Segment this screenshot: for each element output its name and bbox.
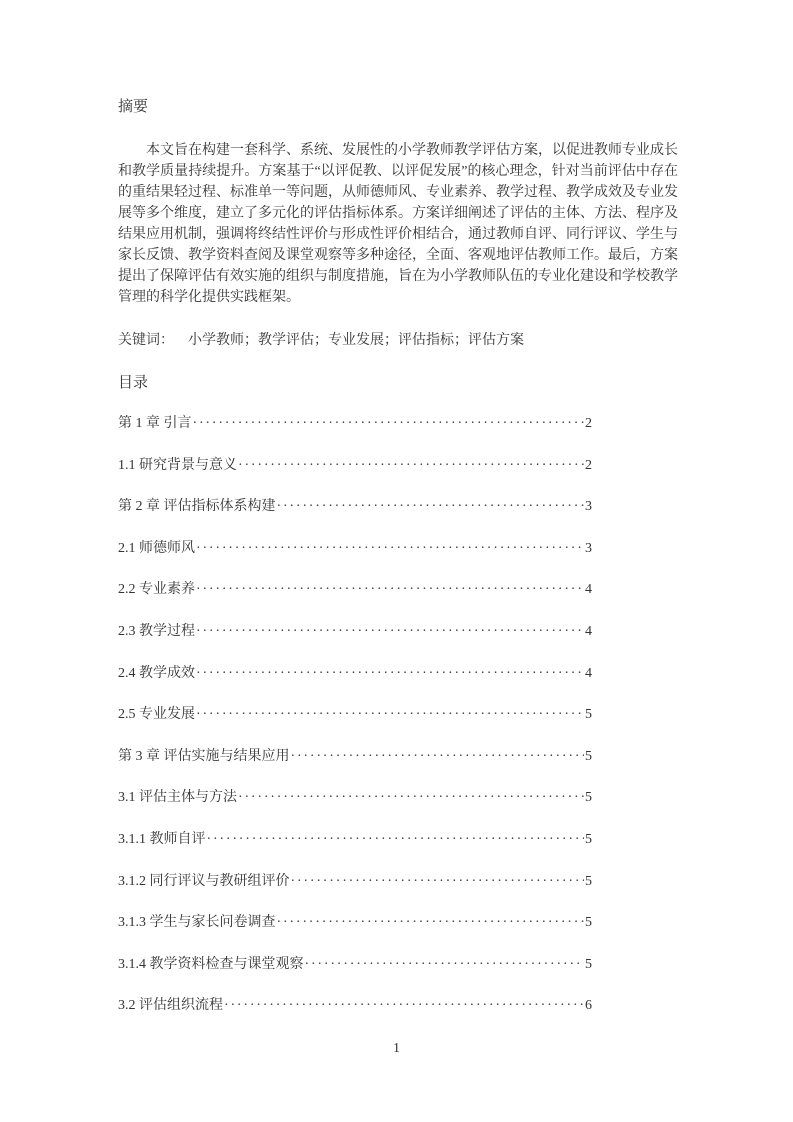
toc-entry-label: 2.2 专业素养 (118, 579, 195, 600)
toc-entry-label: 3.1.2 同行评议与教研组评价 (118, 871, 290, 892)
keywords-text: 小学教师；教学评估；专业发展；评估指标；评估方案 (188, 333, 524, 348)
toc-dot-leader (196, 579, 584, 600)
toc-entry-label: 第 1 章 引言 (118, 413, 192, 434)
toc-dot-leader (305, 954, 585, 975)
toc-dot-leader (291, 871, 585, 892)
toc-entry-page: 5 (585, 954, 592, 975)
toc-entry: 3.1 评估主体与方法 5 (118, 787, 592, 808)
toc-dot-leader (196, 621, 584, 642)
toc-entry-page: 5 (585, 871, 592, 892)
toc-dot-leader (277, 496, 585, 517)
toc-entry-label: 3.1.4 教学资料检查与课堂观察 (118, 954, 304, 975)
toc-entry-page: 3 (585, 496, 592, 517)
toc-entry-page: 5 (585, 746, 592, 767)
toc-entry: 2.1 师德师风 3 (118, 538, 592, 559)
toc-entry-label: 3.1.1 教师自评 (118, 829, 206, 850)
toc-entry-page: 3 (585, 538, 592, 559)
toc-dot-leader (238, 787, 584, 808)
toc-dot-leader (196, 663, 584, 684)
toc-entry-label: 3.1.3 学生与家长问卷调查 (118, 912, 276, 933)
toc-entry-page: 2 (585, 455, 592, 476)
toc-entry: 2.5 专业发展 5 (118, 704, 592, 725)
toc-entry-label: 3.1 评估主体与方法 (118, 787, 237, 808)
page-number: 1 (0, 1038, 793, 1059)
toc-dot-leader (196, 538, 584, 559)
toc-entry-label: 3.2 评估组织流程 (118, 995, 223, 1016)
toc-entry-page: 5 (585, 704, 592, 725)
abstract-paragraph: 本文旨在构建一套科学、系统、发展性的小学教师教学评估方案，以促进教师专业成长和教… (118, 140, 678, 308)
toc-entry-label: 第 3 章 评估实施与结果应用 (118, 746, 290, 767)
toc-entry-label: 1.1 研究背景与意义 (118, 455, 237, 476)
toc-dot-leader (193, 413, 585, 434)
toc-dot-leader (196, 704, 584, 725)
toc-entry: 3.1.1 教师自评 5 (118, 829, 592, 850)
toc-heading: 目录 (118, 373, 678, 394)
toc-entry-label: 2.4 教学成效 (118, 663, 195, 684)
toc-entry-page: 6 (585, 995, 592, 1016)
toc-entry-label: 2.5 专业发展 (118, 704, 195, 725)
abstract-heading: 摘要 (118, 97, 678, 118)
toc-entry: 2.2 专业素养 4 (118, 579, 592, 600)
toc-entry-label: 第 2 章 评估指标体系构建 (118, 496, 276, 517)
toc-entry: 第 3 章 评估实施与结果应用 5 (118, 746, 592, 767)
keywords-label: 关键词： (118, 333, 174, 348)
toc-entry-page: 4 (585, 579, 592, 600)
toc-entry-page: 5 (585, 829, 592, 850)
toc-dot-leader (207, 829, 585, 850)
toc-list: 第 1 章 引言 2 1.1 研究背景与意义 2 第 2 章 评估指标体系构建 … (118, 413, 678, 1016)
toc-entry: 3.1.4 教学资料检查与课堂观察 5 (118, 954, 592, 975)
toc-dot-leader (277, 912, 585, 933)
toc-entry: 第 1 章 引言 2 (118, 413, 592, 434)
toc-entry-page: 4 (585, 621, 592, 642)
toc-dot-leader (291, 746, 585, 767)
toc-dot-leader (238, 455, 584, 476)
toc-entry-label: 2.3 教学过程 (118, 621, 195, 642)
toc-entry: 3.1.3 学生与家长问卷调查 5 (118, 912, 592, 933)
toc-entry: 2.4 教学成效 4 (118, 663, 592, 684)
toc-entry: 1.1 研究背景与意义 2 (118, 455, 592, 476)
document-page: 摘要 本文旨在构建一套科学、系统、发展性的小学教师教学评估方案，以促进教师专业成… (0, 0, 793, 1122)
toc-entry-page: 5 (585, 912, 592, 933)
toc-entry-page: 4 (585, 663, 592, 684)
toc-entry: 2.3 教学过程 4 (118, 621, 592, 642)
toc-dot-leader (224, 995, 584, 1016)
keywords-line: 关键词：小学教师；教学评估；专业发展；评估指标；评估方案 (118, 330, 678, 351)
toc-entry-page: 5 (585, 787, 592, 808)
toc-entry-page: 2 (585, 413, 592, 434)
toc-entry-label: 2.1 师德师风 (118, 538, 195, 559)
toc-entry: 第 2 章 评估指标体系构建 3 (118, 496, 592, 517)
toc-entry: 3.2 评估组织流程 6 (118, 995, 592, 1016)
toc-entry: 3.1.2 同行评议与教研组评价 5 (118, 871, 592, 892)
